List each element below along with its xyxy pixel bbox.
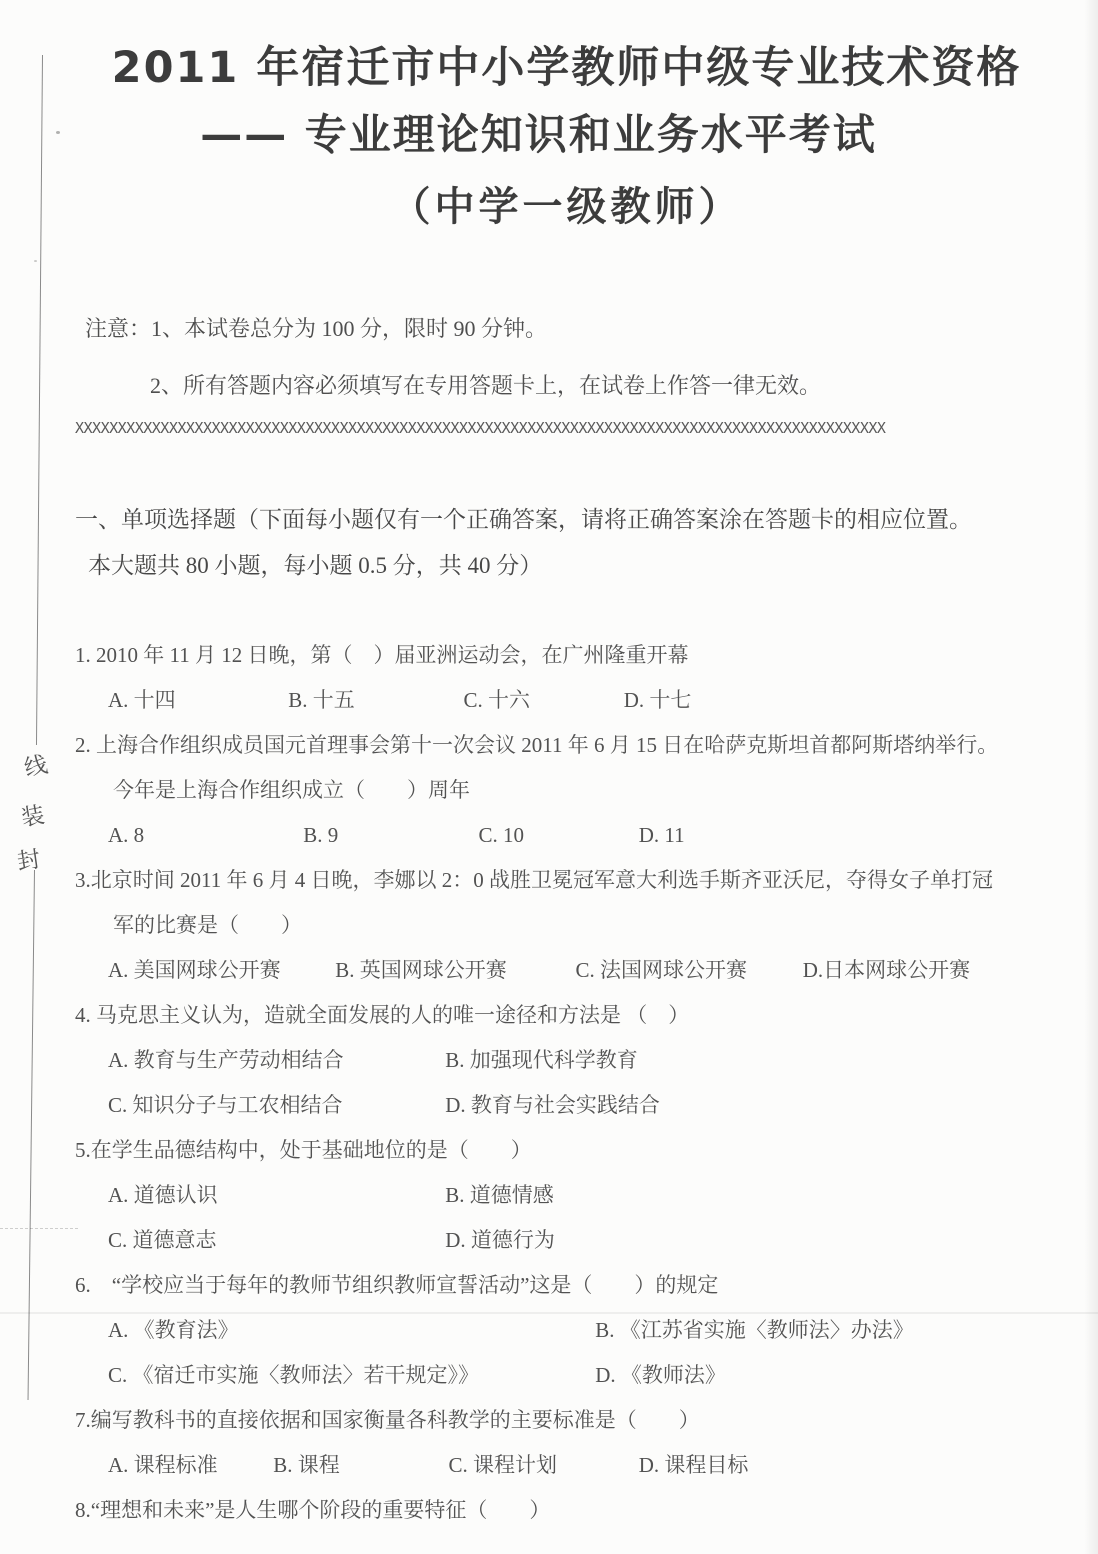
- question-7-options: A. 课程标准 B. 课程 C. 课程计划 D. 课程目标: [75, 1443, 1058, 1488]
- question-6-option-c: C. 《宿迁市实施〈教师法〉若干规定》》: [108, 1353, 590, 1398]
- question-6-option-d: D. 《教师法》: [595, 1353, 726, 1398]
- question-5-option-d: D. 道德行为: [445, 1218, 555, 1263]
- question-3-option-c: C. 法国网球公开赛: [576, 948, 798, 993]
- question-5-text: 5.在学生品德结构中，处于基础地位的是（ ）: [75, 1128, 1058, 1173]
- question-7-text: 7.编写教科书的直接依据和国家衡量各科教学的主要标准是（ ）: [75, 1398, 1058, 1443]
- question-5-options-row2: C. 道德意志 D. 道德行为: [75, 1218, 1058, 1263]
- exam-title-line1: 2011 年宿迁市中小学教师中级专业技术资格: [75, 38, 1058, 98]
- question-6-text: 6. “学校应当于每年的教师节组织教师宣誓活动”这是（ ）的规定: [75, 1263, 1058, 1308]
- title-block: 2011 年宿迁市中小学教师中级专业技术资格 —— 专业理论知识和业务水平考试 …: [75, 38, 1058, 236]
- question-3-option-a: A. 美国网球公开赛: [108, 948, 330, 993]
- question-5-option-b: B. 道德情感: [445, 1173, 554, 1218]
- question-7-option-a: A. 课程标准: [108, 1443, 268, 1488]
- question-3-text-line1: 3.北京时间 2011 年 6 月 4 日晚，李娜以 2：0 战胜卫冕冠军意大利…: [75, 858, 1058, 903]
- question-4-text: 4. 马克思主义认为，造就全面发展的人的唯一途径和方法是 （ ）: [75, 993, 1058, 1038]
- question-1-option-c: C. 十六: [464, 678, 619, 723]
- question-1-option-b: B. 十五: [288, 678, 458, 723]
- scan-speck: [56, 131, 60, 134]
- question-7-option-b: B. 课程: [273, 1443, 443, 1488]
- x-divider-row: XXXXXXXXXXXXXXXXXXXXXXXXXXXXXXXXXXXXXXXX…: [75, 417, 1058, 439]
- question-3-text-line2: 军的比赛是（ ）: [75, 903, 1058, 948]
- question-7: 7.编写教科书的直接依据和国家衡量各科教学的主要标准是（ ） A. 课程标准 B…: [75, 1398, 1058, 1488]
- question-7-option-c: C. 课程计划: [449, 1443, 634, 1488]
- question-2-text-line2: 今年是上海合作组织成立（ ）周年: [75, 768, 1058, 813]
- question-1-option-d: D. 十七: [624, 678, 692, 723]
- notice-block: 注意：1、本试卷总分为 100 分，限时 90 分钟。 2、所有答题内容必须填写…: [75, 314, 1058, 401]
- question-1-text: 1. 2010 年 11 月 12 日晚，第（ ）届亚洲运动会，在广州隆重开幕: [75, 633, 1058, 678]
- question-2-text-line1: 2. 上海合作组织成员国元首理事会第十一次会议 2011 年 6 月 15 日在…: [75, 723, 1058, 768]
- question-3-options: A. 美国网球公开赛 B. 英国网球公开赛 C. 法国网球公开赛 D.日本网球公…: [75, 948, 1058, 993]
- question-2-options: A. 8 B. 9 C. 10 D. 11: [75, 813, 1058, 858]
- scan-speck: [34, 260, 37, 262]
- notice-line-1: 注意：1、本试卷总分为 100 分，限时 90 分钟。: [75, 314, 1058, 344]
- question-3: 3.北京时间 2011 年 6 月 4 日晚，李娜以 2：0 战胜卫冕冠军意大利…: [75, 858, 1058, 993]
- question-6: 6. “学校应当于每年的教师节组织教师宣誓活动”这是（ ）的规定 A. 《教育法…: [75, 1263, 1058, 1398]
- question-7-option-d: D. 课程目标: [639, 1443, 749, 1488]
- scan-artifact-dash: [0, 1228, 78, 1229]
- question-5: 5.在学生品德结构中，处于基础地位的是（ ） A. 道德认识 B. 道德情感 C…: [75, 1128, 1058, 1263]
- page-content: 2011 年宿迁市中小学教师中级专业技术资格 —— 专业理论知识和业务水平考试 …: [0, 0, 1098, 1533]
- question-4-option-b: B. 加强现代科学教育: [445, 1038, 638, 1083]
- scan-artifact-line: [0, 1312, 1098, 1314]
- question-6-options-row1: A. 《教育法》 B. 《江苏省实施〈教师法〉办法》: [75, 1308, 1058, 1353]
- question-6-options-row2: C. 《宿迁市实施〈教师法〉若干规定》》 D. 《教师法》: [75, 1353, 1058, 1398]
- notice-line-2: 2、所有答题内容必须填写在专用答题卡上，在试卷上作答一律无效。: [75, 371, 1058, 401]
- section-header-line2: 本大题共 80 小题，每小题 0.5 分，共 40 分）: [75, 543, 1058, 589]
- exam-paper-page: 线 装 封 2011 年宿迁市中小学教师中级专业技术资格 —— 专业理论知识和业…: [0, 0, 1098, 1554]
- question-2-option-a: A. 8: [108, 813, 298, 858]
- question-4-option-a: A. 教育与生产劳动相结合: [108, 1038, 440, 1083]
- question-2-option-c: C. 10: [479, 813, 634, 858]
- question-1-option-a: A. 十四: [108, 678, 283, 723]
- section-header: 一、单项选择题（下面每小题仅有一个正确答案，请将正确答案涂在答题卡的相应位置。 …: [75, 497, 1058, 589]
- question-2: 2. 上海合作组织成员国元首理事会第十一次会议 2011 年 6 月 15 日在…: [75, 723, 1058, 858]
- question-5-option-a: A. 道德认识: [108, 1173, 440, 1218]
- exam-title-line3: （中学一级教师）: [75, 178, 1058, 236]
- question-1: 1. 2010 年 11 月 12 日晚，第（ ）届亚洲运动会，在广州隆重开幕 …: [75, 633, 1058, 723]
- section-header-line1: 一、单项选择题（下面每小题仅有一个正确答案，请将正确答案涂在答题卡的相应位置。: [75, 497, 1058, 543]
- exam-title-line2: —— 专业理论知识和业务水平考试: [47, 106, 1030, 164]
- question-4-options-row1: A. 教育与生产劳动相结合 B. 加强现代科学教育: [75, 1038, 1058, 1083]
- question-6-option-a: A. 《教育法》: [108, 1308, 590, 1353]
- question-3-option-b: B. 英国网球公开赛: [335, 948, 570, 993]
- question-8-text: 8.“理想和未来”是人生哪个阶段的重要特征（ ）: [75, 1488, 1058, 1533]
- question-6-option-b: B. 《江苏省实施〈教师法〉办法》: [595, 1308, 914, 1353]
- question-4-options-row2: C. 知识分子与工农相结合 D. 教育与社会实践结合: [75, 1083, 1058, 1128]
- question-4-option-d: D. 教育与社会实践结合: [445, 1083, 660, 1128]
- question-5-option-c: C. 道德意志: [108, 1218, 440, 1263]
- question-4: 4. 马克思主义认为，造就全面发展的人的唯一途径和方法是 （ ） A. 教育与生…: [75, 993, 1058, 1128]
- question-3-option-d: D.日本网球公开赛: [803, 948, 970, 993]
- question-1-options: A. 十四 B. 十五 C. 十六 D. 十七: [75, 678, 1058, 723]
- question-8: 8.“理想和未来”是人生哪个阶段的重要特征（ ）: [75, 1488, 1058, 1533]
- question-4-option-c: C. 知识分子与工农相结合: [108, 1083, 440, 1128]
- question-2-option-d: D. 11: [639, 813, 685, 858]
- question-5-options-row1: A. 道德认识 B. 道德情感: [75, 1173, 1058, 1218]
- question-list: 1. 2010 年 11 月 12 日晚，第（ ）届亚洲运动会，在广州隆重开幕 …: [75, 633, 1058, 1533]
- question-2-option-b: B. 9: [303, 813, 473, 858]
